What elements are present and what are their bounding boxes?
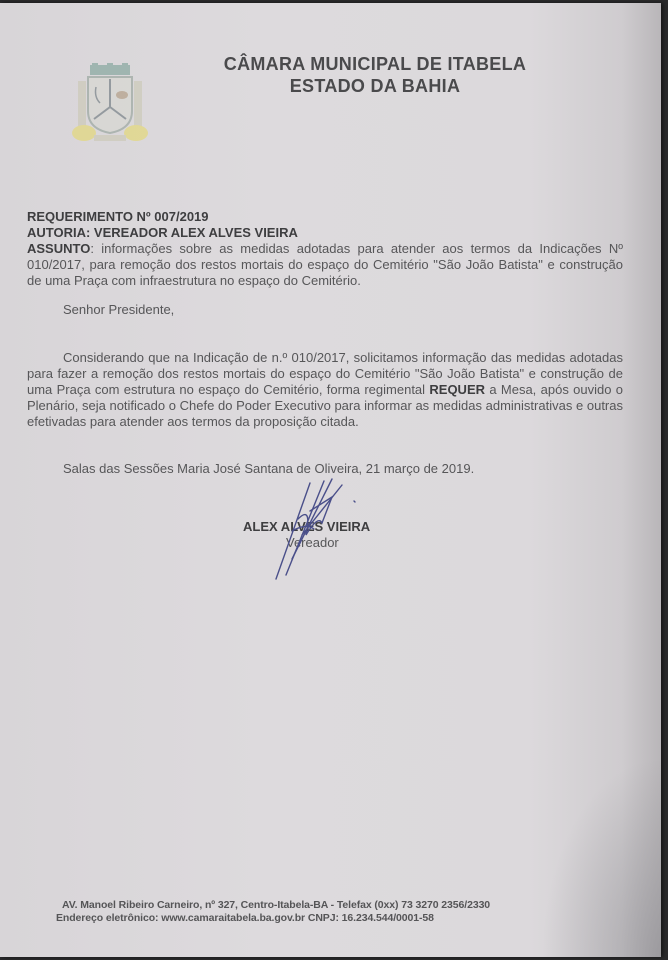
assunto: ASSUNTO: informações sobre as medidas ad… <box>27 241 623 289</box>
footer: AV. Manoel Ribeiro Carneiro, nº 327, Cen… <box>56 899 490 925</box>
salutation: Senhor Presidente, <box>63 302 659 318</box>
requerimento-header: REQUERIMENTO Nº 007/2019 AUTORIA: VEREAD… <box>27 209 623 289</box>
assunto-text: : informações sobre as medidas adotadas … <box>27 241 623 288</box>
coat-of-arms-icon <box>72 63 148 145</box>
requerimento-number: REQUERIMENTO Nº 007/2019 <box>27 209 623 225</box>
institution-name: CÂMARA MUNICIPAL DE ITABELA <box>180 53 570 75</box>
handwritten-signature-icon <box>262 475 372 583</box>
document-page: CÂMARA MUNICIPAL DE ITABELA ESTADO DA BA… <box>0 3 661 957</box>
footer-contact: Endereço eletrônico: www.camaraitabela.b… <box>56 912 490 925</box>
letterhead: CÂMARA MUNICIPAL DE ITABELA ESTADO DA BA… <box>180 53 570 97</box>
autoria: AUTORIA: VEREADOR ALEX ALVES VIEIRA <box>27 225 623 241</box>
footer-address: AV. Manoel Ribeiro Carneiro, nº 327, Cen… <box>56 899 490 912</box>
state-name: ESTADO DA BAHIA <box>180 75 570 97</box>
requer-keyword: REQUER <box>429 382 485 397</box>
assunto-label: ASSUNTO <box>27 241 90 256</box>
body-paragraph: Considerando que na Indicação de n.º 010… <box>27 350 623 430</box>
